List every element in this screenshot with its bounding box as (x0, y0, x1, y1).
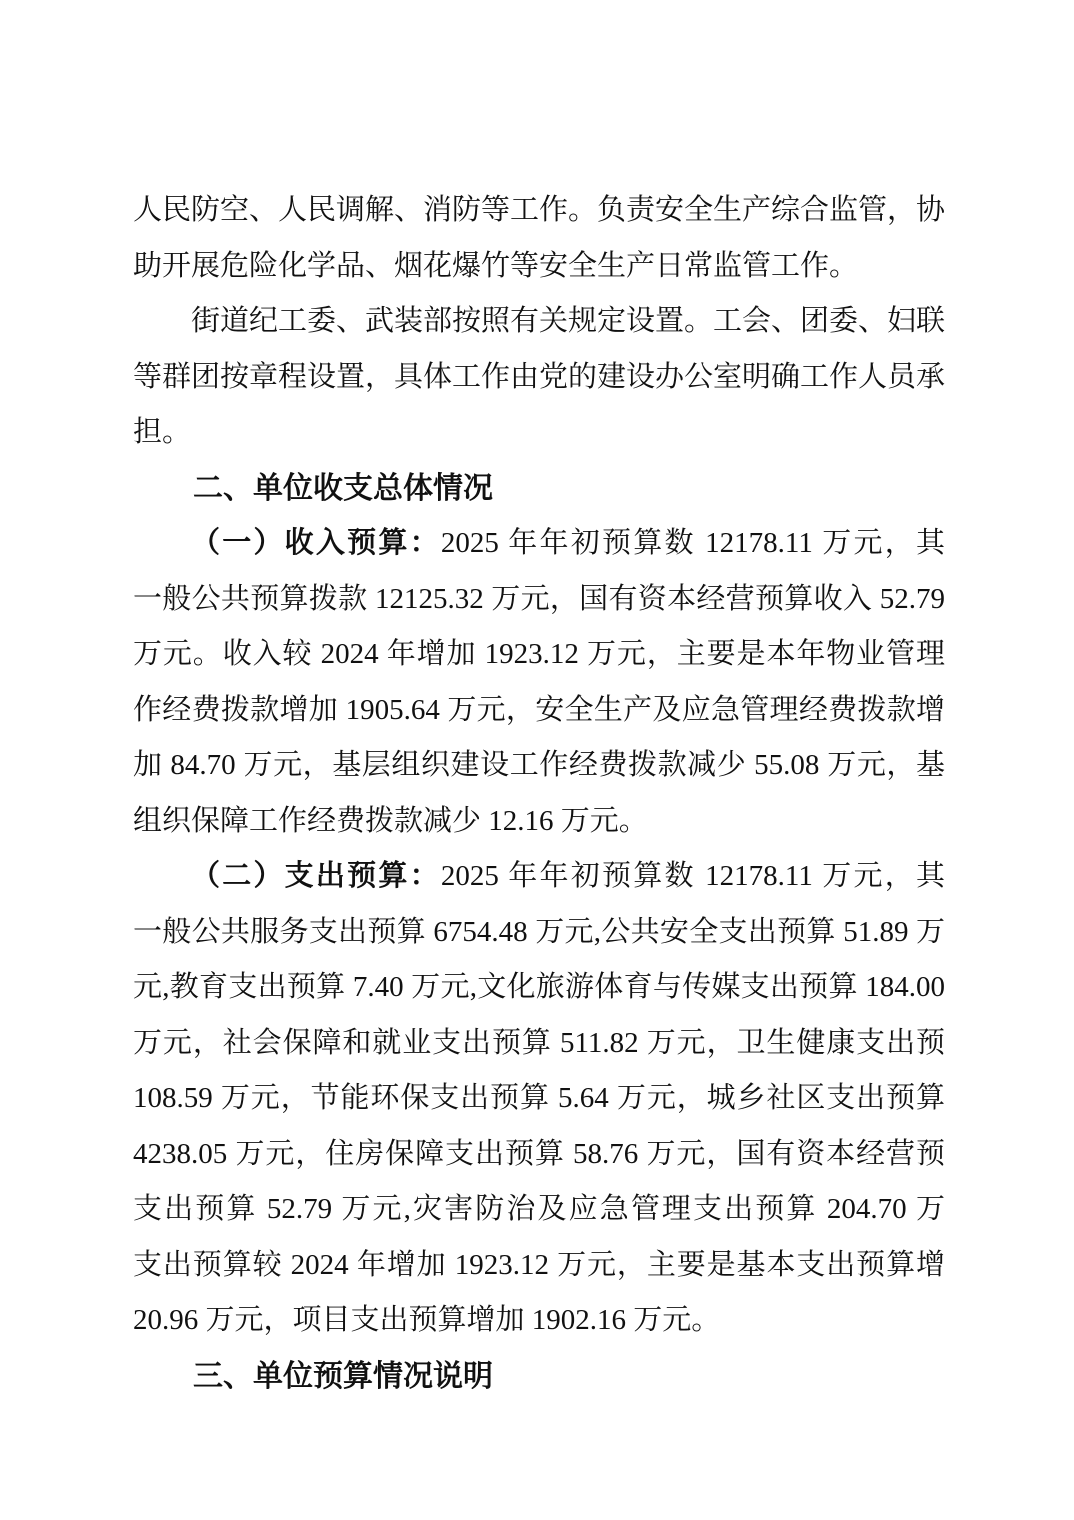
text-line: 20.96 万元，项目支出预算增加 1902.16 万元。 (133, 1293, 945, 1349)
document-content: 人民防空、人民调解、消防等工作。负责安全生产综合监管，协助开展危险化学品、烟花爆… (133, 183, 945, 1404)
text-line: 支出预算较 2024 年增加 1923.12 万元，主要是基本支出预算增加 (133, 1238, 945, 1294)
text-line: 街道纪工委、武装部按照有关规定设置。工会、团委、妇联 (133, 294, 945, 350)
text-line: 一般公共预算拨款 12125.32 万元，国有资本经营预算收入 52.79 (133, 572, 945, 628)
text-line: 元,教育支出预算 7.40 万元,文化旅游体育与传媒支出预算 184.00 (133, 960, 945, 1016)
section-heading: 二、单位收支总体情况 (133, 461, 945, 517)
section-heading: 三、单位预算情况说明 (133, 1349, 945, 1405)
text-line: （一）收入预算：2025 年年初预算数 12178.11 万元，其中： (133, 516, 945, 572)
text-line: 4238.05 万元，住房保障支出预算 58.76 万元，国有资本经营预算 (133, 1127, 945, 1183)
text-line: 108.59 万元，节能环保支出预算 5.64 万元，城乡社区支出预算 (133, 1071, 945, 1127)
text-line: 作经费拨款增加 1905.64 万元，安全生产及应急管理经费拨款增 (133, 683, 945, 739)
text-line: 加 84.70 万元，基层组织建设工作经费拨款减少 55.08 万元，基层 (133, 738, 945, 794)
document-page: 人民防空、人民调解、消防等工作。负责安全生产综合监管，协助开展危险化学品、烟花爆… (0, 0, 1074, 1520)
text-line: 万元，社会保障和就业支出预算 511.82 万元，卫生健康支出预算 (133, 1016, 945, 1072)
text-line: 组织保障工作经费拨款减少 12.16 万元。 (133, 794, 945, 850)
text-line: 支出预算 52.79 万元,灾害防治及应急管理支出预算 204.70 万元。 (133, 1182, 945, 1238)
text-line: 等群团按章程设置，具体工作由党的建设办公室明确工作人员承 (133, 350, 945, 406)
text-line: 一般公共服务支出预算 6754.48 万元,公共安全支出预算 51.89 万 (133, 905, 945, 961)
paragraph-label: （二）支出预算： (191, 860, 441, 892)
text-line: 人民防空、人民调解、消防等工作。负责安全生产综合监管，协 (133, 183, 945, 239)
paragraph-label: （一）收入预算： (191, 527, 441, 559)
text-line: 助开展危险化学品、烟花爆竹等安全生产日常监管工作。 (133, 239, 945, 295)
text-line: （二）支出预算：2025 年年初预算数 12178.11 万元，其中： (133, 849, 945, 905)
text-line: 担。 (133, 405, 945, 461)
text-line: 万元。收入较 2024 年增加 1923.12 万元，主要是本年物业管理工 (133, 627, 945, 683)
